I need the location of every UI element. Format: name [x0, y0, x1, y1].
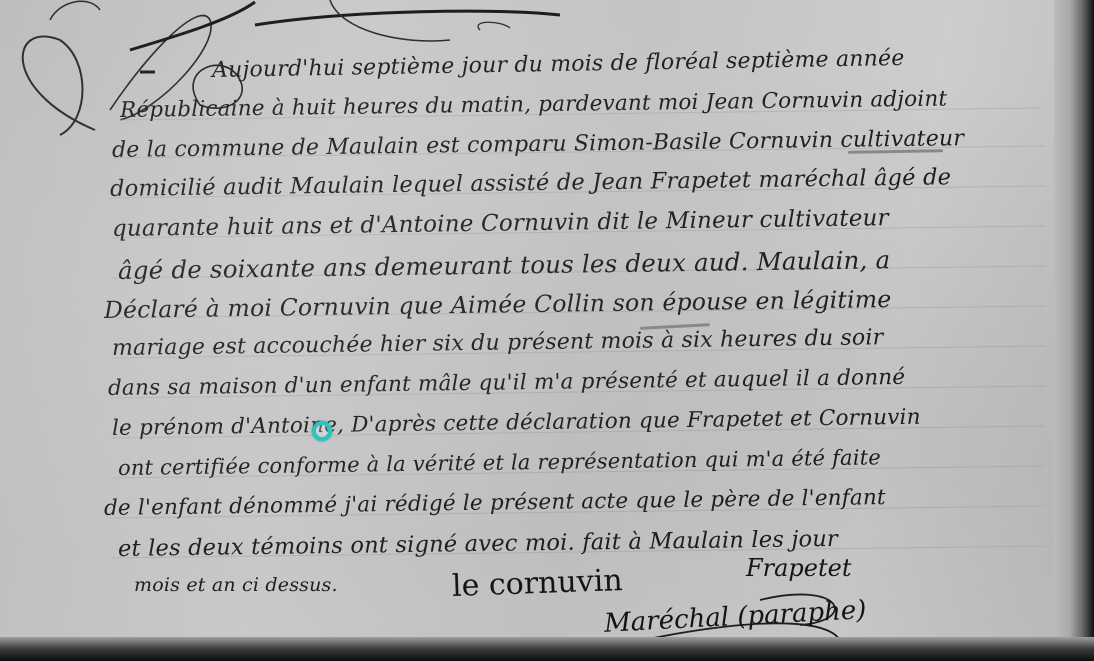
signature-cornuvin: le cornuvin	[451, 563, 623, 604]
text-line: de l'enfant dénommé j'ai rédigé le prése…	[104, 485, 886, 521]
text-line: le prénom d'Antoine, D'après cette décla…	[112, 405, 921, 441]
register-page: Aujourd'hui septième jour du mois de flo…	[0, 0, 1082, 640]
text-line: Républicaine à huit heures du matin, par…	[120, 86, 948, 123]
text-line: mois et an ci dessus.	[134, 574, 338, 596]
signature-marechal: Maréchal (paraphe)	[603, 595, 867, 639]
text-line: Aujourd'hui septième jour du mois de flo…	[212, 46, 905, 83]
text-line: et les deux témoins ont signé avec moi. …	[118, 526, 838, 562]
cursor-ring-icon	[312, 421, 332, 441]
text-line: âgé de soixante ans demeurant tous les d…	[118, 245, 891, 285]
underline-mark	[848, 149, 943, 154]
text-line: de la commune de Maulain est comparu Sim…	[112, 126, 964, 163]
text-line: ont certifiée conforme à la vérité et la…	[118, 445, 881, 480]
page-edge-bottom	[0, 637, 1094, 661]
page-edge-right	[1054, 0, 1094, 661]
signature-frapetet: Frapetet	[746, 554, 852, 582]
text-line: dans sa maison d'un enfant mâle qu'il m'…	[108, 365, 906, 401]
text-line: mariage est accouchée hier six du présen…	[112, 325, 884, 361]
text-line: Déclaré à moi Cornuvin que Aimée Collin …	[104, 285, 892, 324]
text-line: quarante huit ans et d'Antoine Cornuvin …	[112, 205, 889, 242]
text-line: domicilié audit Maulain lequel assisté d…	[110, 164, 952, 202]
